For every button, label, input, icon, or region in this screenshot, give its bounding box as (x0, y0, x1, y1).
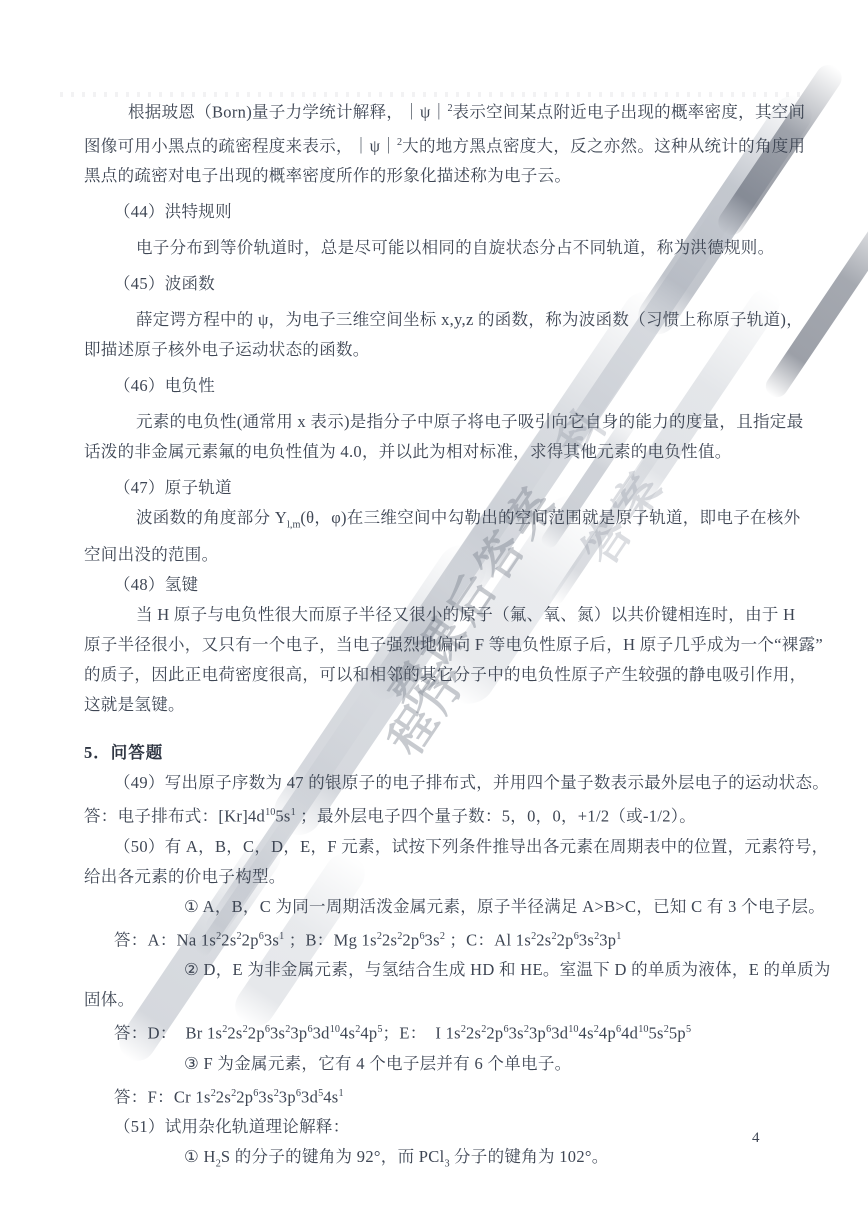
text-run: 大的地方黑点密度大，反之亦然。这种从统计的角度用 (402, 136, 805, 155)
text-run: 固体。 (84, 990, 134, 1009)
text-line: （48）氢键 (84, 570, 792, 600)
text-run: ③ F 为金属元素，它有 4 个电子层并有 6 个单电子。 (184, 1054, 571, 1073)
text-line: ① H2S 的分子的键角为 92°，而 PCl3 分子的键角为 102°。 (84, 1142, 792, 1179)
text-run: 3s (579, 930, 594, 949)
text-run: 的质子，因此正电荷密度很高，可以和相邻的其它分子中的电负性原子产生较强的静电吸引… (84, 665, 806, 684)
text-run: 这就是氢键。 (84, 695, 185, 714)
sup-run: 10 (638, 1024, 648, 1035)
text-run: 波函数的角度部分 Y (136, 508, 287, 527)
text-run: 4s (579, 1024, 594, 1043)
text-run: 2p (402, 930, 419, 949)
text-run: （48）氢键 (114, 575, 198, 594)
text-run: 原子半径很小，又只有一个电子，当电子强烈地偏向 F 等电负性原子后，H 原子几乎… (84, 635, 823, 654)
text-run: S 的分子的键角为 92°，而 PCl (221, 1147, 445, 1166)
text-run: （44）洪特规则 (114, 202, 232, 221)
text-line: （47）原子轨道 (84, 473, 792, 503)
text-line: （46）电负性 (84, 371, 792, 401)
text-run: 3d (313, 1024, 330, 1043)
text-line: 当 H 原子与电负性很大而原子半径又很小的原子（氟、氧、氮）以共价键相连时，由于… (84, 600, 792, 630)
sub-run: l,m (287, 519, 300, 530)
text-run: 3s (509, 1024, 524, 1043)
text-run: （45）波函数 (114, 274, 215, 293)
text-line: 答：D： Br 1s22s22p63s23p63d104s24p5；E： I 1… (84, 1015, 792, 1049)
text-line: 即描述原子核外电子运动状态的函数。 (84, 335, 792, 365)
text-run: 2p (248, 1024, 265, 1043)
text-run: 5s (275, 807, 290, 826)
text-run: 2s (216, 1087, 231, 1106)
text-run: 4p (599, 1024, 616, 1043)
text-line: ① A，B，C 为同一周期活泼金属元素，原子半径满足 A>B>C，已知 C 有 … (84, 892, 792, 922)
text-run: 5．问答题 (84, 743, 163, 762)
text-run: 表示空间某点附近电子出现的概率密度，其空间 (453, 103, 806, 122)
text-line: 元素的电负性(通常用 x 表示)是指分子中原子将电子吸引向它自身的能力的度量，且… (84, 407, 792, 437)
text-line: 原子半径很小，又只有一个电子，当电子强烈地偏向 F 等电负性原子后，H 原子几乎… (84, 630, 792, 660)
text-line: 图像可用小黑点的疏密程度来表示，｜ψ｜2大的地方黑点密度大，反之亦然。这种从统计… (84, 128, 792, 162)
text-run: 3d (301, 1087, 318, 1106)
text-run: 答：F：Cr 1s (114, 1087, 211, 1106)
text-run: ；B：Mg 1s (284, 930, 377, 949)
text-line: 固体。 (84, 985, 792, 1015)
text-line: 这就是氢键。 (84, 690, 792, 720)
text-run: 答：A：Na 1s (114, 930, 216, 949)
document-body: 根据玻恩（Born)量子力学统计解释，｜ψ｜2表示空间某点附近电子出现的概率密度… (84, 94, 792, 1180)
text-run: ① H (184, 1147, 216, 1166)
text-line: 答：电子排布式：[Kr]4d105s1 ；最外层电子四个量子数：5，0，0，+1… (84, 798, 792, 832)
text-run: 2s (536, 930, 551, 949)
text-line: 给出各元素的价电子构型。 (84, 862, 792, 892)
sup-run: 10 (330, 1024, 340, 1035)
text-run: 3s (270, 1024, 285, 1043)
text-line: 根据玻恩（Born)量子力学统计解释，｜ψ｜2表示空间某点附近电子出现的概率密度… (84, 94, 792, 128)
text-run: 4p (360, 1024, 377, 1043)
text-run: （49）写出原子序数为 47 的银原子的电子排布式，并用四个量子数表示最外层电子… (114, 773, 829, 792)
text-run: ；C：Al 1s (445, 930, 531, 949)
text-run: 当 H 原子与电负性很大而原子半径又很小的原子（氟、氧、氮）以共价键相连时，由于… (136, 605, 795, 624)
text-run: ② D，E 为非金属元素，与氢结合生成 HD 和 HE。室温下 D 的单质为液体… (184, 960, 831, 979)
text-run: 2s (227, 1024, 242, 1043)
text-run: 3s (258, 1087, 273, 1106)
text-line: 电子分布到等价轨道时，总是尽可能以相同的自旋状态分占不同轨道，称为洪德规则。 (84, 233, 792, 263)
text-line: 5．问答题 (84, 738, 792, 768)
text-line: 答：A：Na 1s22s22p63s1 ；B：Mg 1s22s22p63s2 ；… (84, 922, 792, 956)
text-line: （44）洪特规则 (84, 197, 792, 227)
sup-run: 10 (568, 1024, 578, 1035)
text-run: ① A，B，C 为同一周期活泼金属元素，原子半径满足 A>B>C，已知 C 有 … (184, 897, 825, 916)
text-run: 3p (290, 1024, 307, 1043)
text-run: 4s (340, 1024, 355, 1043)
text-line: 空间出没的范围。 (84, 540, 792, 570)
text-line: 波函数的角度部分 Yl,m(θ，φ)在三维空间中勾勒出的空间范围就是原子轨道，即… (84, 503, 792, 540)
text-run: 2s (466, 1024, 481, 1043)
text-run: 4d (621, 1024, 638, 1043)
text-line: 话泼的非金属元素氟的电负性值为 4.0，并以此为相对标准，求得其他元素的电负性值… (84, 437, 792, 467)
text-run: （51）试用杂化轨道理论解释： (114, 1117, 350, 1136)
text-run: ；最外层电子四个量子数：5，0，0，+1/2（或-1/2）。 (296, 807, 696, 826)
text-run: 薛定谔方程中的 ψ，为电子三维空间坐标 x,y,z 的函数，称为波函数（习惯上称… (136, 310, 803, 329)
text-line: （49）写出原子序数为 47 的银原子的电子排布式，并用四个量子数表示最外层电子… (84, 768, 792, 798)
sup-run: 1 (616, 931, 621, 942)
text-line: 黑点的疏密对电子出现的概率密度所作的形象化描述称为电子云。 (84, 161, 792, 191)
page-number: 4 (752, 1130, 760, 1147)
text-run: 3s (264, 930, 279, 949)
text-line: ③ F 为金属元素，它有 4 个电子层并有 6 个单电子。 (84, 1049, 792, 1079)
text-run: 即描述原子核外电子运动状态的函数。 (84, 340, 370, 359)
text-run: 3p (599, 930, 616, 949)
text-run: 话泼的非金属元素氟的电负性值为 4.0，并以此为相对标准，求得其他元素的电负性值… (84, 442, 732, 461)
text-run: （46）电负性 (114, 376, 215, 395)
document-page: 费课后答案 程序 科 答案 根据玻恩（Born)量子力学统计解释，｜ψ｜2表示空… (0, 0, 868, 1228)
text-line: （45）波函数 (84, 269, 792, 299)
text-line: （51）试用杂化轨道理论解释： (84, 1112, 792, 1142)
text-line: 薛定谔方程中的 ψ，为电子三维空间坐标 x,y,z 的函数，称为波函数（习惯上称… (84, 305, 792, 335)
text-run: 2p (486, 1024, 503, 1043)
text-run: 空间出没的范围。 (84, 545, 218, 564)
text-run: 3p (529, 1024, 546, 1043)
text-run: 5s (648, 1024, 663, 1043)
text-run: 2p (557, 930, 574, 949)
text-run: 2s (382, 930, 397, 949)
text-line: （50）有 A，B，C，D，E，F 元素，试按下列条件推导出各元素在周期表中的位… (84, 832, 792, 862)
text-run: ；E： I 1s (383, 1024, 461, 1043)
text-run: 答：电子排布式：[Kr]4d (84, 807, 265, 826)
text-run: 2p (236, 1087, 253, 1106)
text-line: ② D，E 为非金属元素，与氢结合生成 HD 和 HE。室温下 D 的单质为液体… (84, 955, 792, 985)
sup-run: 10 (265, 807, 275, 818)
text-run: 元素的电负性(通常用 x 表示)是指分子中原子将电子吸引向它自身的能力的度量，且… (136, 412, 803, 431)
text-run: 5p (669, 1024, 686, 1043)
text-run: 4s (323, 1087, 338, 1106)
text-line: 的质子，因此正电荷密度很高，可以和相邻的其它分子中的电负性原子产生较强的静电吸引… (84, 660, 792, 690)
text-run: （47）原子轨道 (114, 478, 232, 497)
sup-run: 1 (339, 1088, 344, 1099)
text-line: 答：F：Cr 1s22s22p63s23p63d54s1 (84, 1079, 792, 1113)
sup-run: 5 (686, 1024, 691, 1035)
text-run: 3d (551, 1024, 568, 1043)
text-run: 给出各元素的价电子构型。 (84, 867, 286, 886)
text-run: 电子分布到等价轨道时，总是尽可能以相同的自旋状态分占不同轨道，称为洪德规则。 (136, 238, 774, 257)
text-run: 2p (242, 930, 259, 949)
text-run: 答：D： Br 1s (114, 1024, 222, 1043)
text-run: 3s (425, 930, 440, 949)
text-run: 2s (221, 930, 236, 949)
text-run: 根据玻恩（Born)量子力学统计解释，｜ψ｜ (128, 103, 447, 122)
text-run: 3p (279, 1087, 296, 1106)
text-run: 图像可用小黑点的疏密程度来表示，｜ψ｜ (84, 136, 397, 155)
text-run: 黑点的疏密对电子出现的概率密度所作的形象化描述称为电子云。 (84, 166, 571, 185)
text-run: 分子的键角为 102°。 (450, 1147, 609, 1166)
text-run: (θ，φ)在三维空间中勾勒出的空间范围就是原子轨道，即电子在核外 (300, 508, 800, 527)
text-run: （50）有 A，B，C，D，E，F 元素，试按下列条件推导出各元素在周期表中的位… (114, 837, 828, 856)
